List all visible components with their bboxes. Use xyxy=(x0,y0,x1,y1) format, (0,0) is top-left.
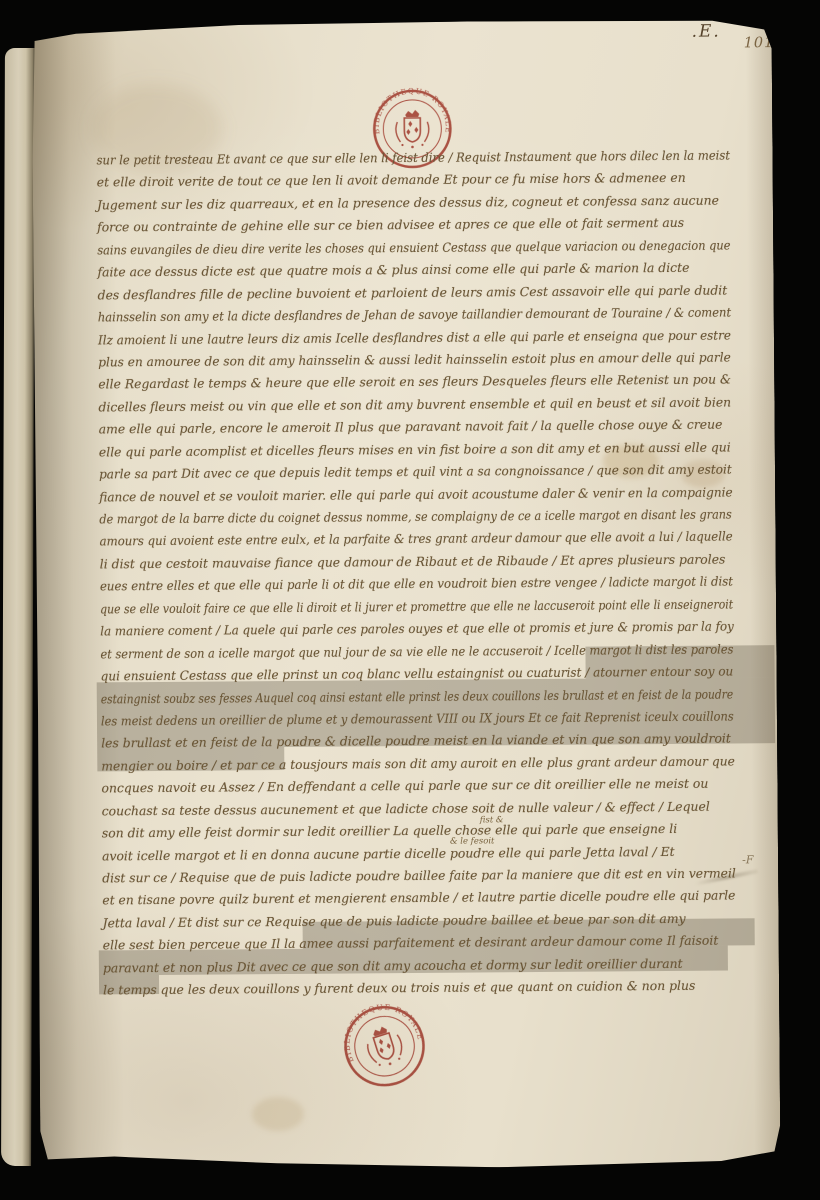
parchment-page: .E. 101. -F BIBLIOTHEQUE ROYALE xyxy=(32,19,781,1171)
royal-arms-icon xyxy=(396,110,429,149)
quire-mark: .E. xyxy=(692,22,721,42)
manuscript-text: sur le petit tresteau Et avant ce que su… xyxy=(97,147,737,1005)
parchment-stain xyxy=(252,1097,304,1131)
interlinear-addition: & le fesoit xyxy=(450,836,495,846)
margin-mark: -F xyxy=(742,853,753,866)
royal-arms-icon xyxy=(363,1023,407,1071)
folio-number: 101. xyxy=(744,35,780,51)
library-stamp-bottom: BIBLIOTHEQUE ROYALE xyxy=(332,994,437,1099)
book-under-leaves-edge xyxy=(1,48,35,1166)
interlinear-addition: fist & xyxy=(480,815,504,825)
manuscript-line: le temps que les deux couillons y furent… xyxy=(103,978,736,1005)
manuscript-photo: .E. 101. -F BIBLIOTHEQUE ROYALE xyxy=(0,0,820,1200)
